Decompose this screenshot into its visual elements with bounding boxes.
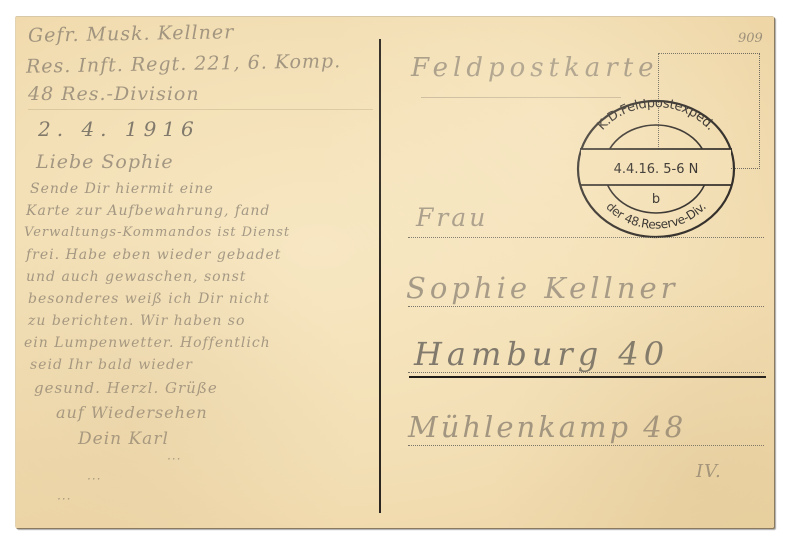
recipient-line-2: Sophie Kellner — [406, 271, 679, 305]
sender-underline — [28, 109, 373, 110]
message-salutation: Liebe Sophie — [36, 151, 174, 173]
address-line-2 — [408, 306, 764, 307]
postmark-date: 4.4.16. 5-6 N — [614, 162, 699, 177]
message-date: 2. 4. 1916 — [38, 117, 200, 141]
message-line: Sende Dir hiermit eine — [30, 181, 214, 197]
recipient-line-4: Mühlenkamp 48 — [408, 410, 686, 444]
address-line-4 — [408, 445, 764, 446]
vertical-divider — [379, 39, 381, 513]
feldpostkarte-header: Feldpostkarte — [411, 53, 659, 83]
message-line: ein Lumpenwetter. Hoffentlich — [24, 335, 271, 351]
address-underline — [409, 376, 766, 378]
message-line: und auch gewaschen, sonst — [26, 269, 246, 285]
postscript-line: ... — [56, 495, 70, 509]
postmark-top-text: K.D.Feldpostexped. — [595, 99, 718, 133]
message-line: frei. Habe eben wieder gebadet — [26, 247, 281, 263]
floor-note: IV. — [696, 461, 722, 482]
message-closing: auf Wiedersehen — [56, 403, 208, 422]
postscript-line: ... — [166, 455, 180, 469]
message-line: gesund. Herzl. Grüße — [34, 379, 218, 397]
postmark-letter: b — [652, 192, 660, 207]
message-signature: Dein Karl — [78, 429, 169, 449]
message-line: besonderes weiß ich Dir nicht — [28, 291, 270, 307]
address-line-3 — [408, 372, 764, 373]
sender-line-3: 48 Res.-Division — [28, 83, 200, 105]
header-underline — [421, 97, 621, 98]
message-line: zu berichten. Wir haben so — [28, 313, 245, 329]
postscript-line: ... — [86, 475, 100, 489]
postcard: Gefr. Musk. Kellner Res. Inft. Regt. 221… — [15, 16, 774, 528]
message-line: Verwaltungs-Kommandos ist Dienst — [24, 225, 290, 240]
reference-number: 909 — [738, 31, 763, 46]
sender-line-1: Gefr. Musk. Kellner — [28, 21, 235, 47]
svg-text:K.D.Feldpostexped.: K.D.Feldpostexped. — [595, 99, 718, 133]
sender-line-2: Res. Inft. Regt. 221, 6. Komp. — [26, 50, 341, 77]
recipient-line-3: Hamburg 40 — [414, 335, 669, 373]
message-line: Karte zur Aufbewahrung, fand — [26, 203, 270, 219]
postmark: K.D.Feldpostexped. 4.4.16. 5-6 N b der 4… — [561, 99, 751, 239]
address-line-1 — [408, 237, 764, 238]
recipient-line-1: Frau — [416, 203, 488, 232]
message-line: seid Ihr bald wieder — [30, 357, 193, 373]
